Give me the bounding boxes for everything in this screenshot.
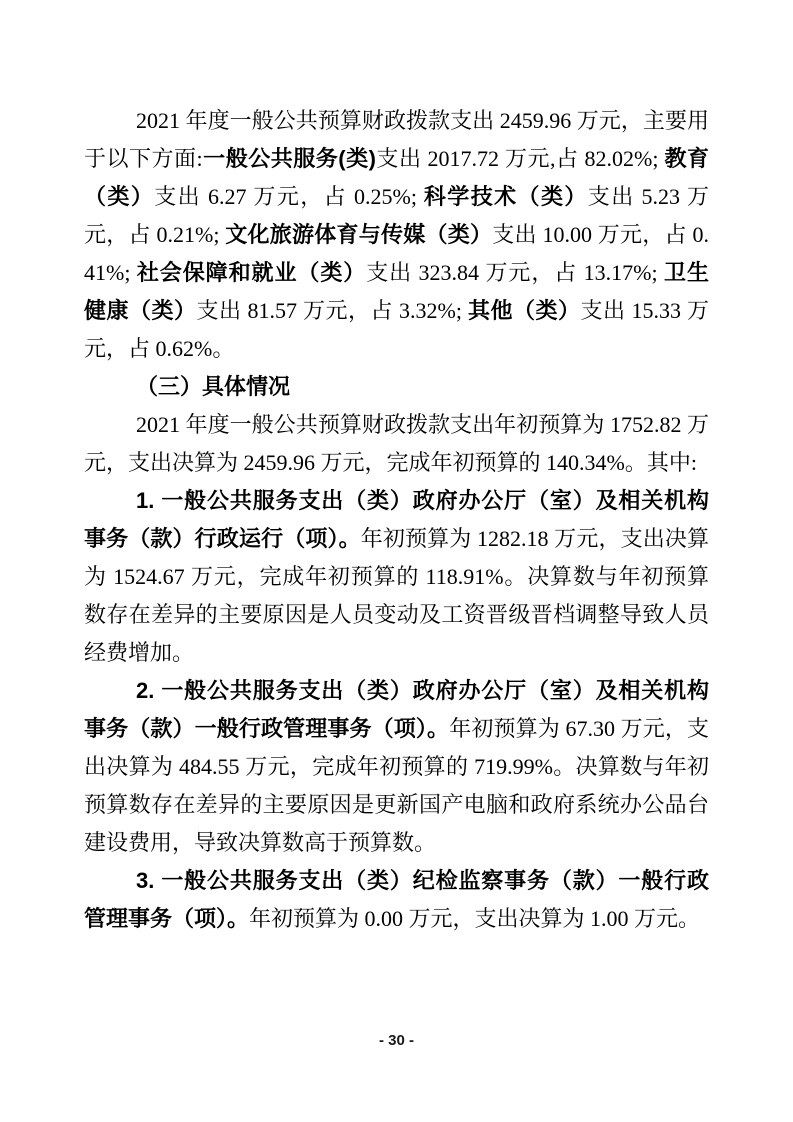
text-run: 支出 6.27 万元，占 0.25%;: [154, 184, 424, 209]
document-page: 2021 年度一般公共预算财政拨款支出 2459.96 万元，主要用于以下方面:…: [0, 0, 793, 1122]
budget-item-3: 3. 一般公共服务支出（类）纪检监察事务（款）一般行政管理事务（项）。年初预算为…: [84, 862, 709, 938]
intro-paragraph: 2021 年度一般公共预算财政拨款支出 2459.96 万元，主要用于以下方面:…: [84, 102, 709, 368]
overview-paragraph: 2021 年度一般公共预算财政拨款支出年初预算为 1752.82 万元，支出决算…: [84, 406, 709, 482]
page-number: - 30 -: [0, 1030, 793, 1052]
category-label-science-technology: 科学技术（类）: [424, 184, 588, 209]
category-label-general-public-services: 一般公共服务(类): [203, 146, 376, 171]
text-run: 支出 2017.72 万元,占 82.02%;: [376, 146, 665, 171]
budget-item-1: 1. 一般公共服务支出（类）政府办公厅（室）及相关机构事务（款）行政运行（项）。…: [84, 482, 709, 672]
section-heading: （三）具体情况: [84, 368, 709, 406]
category-label-culture-tourism-sports-media: 文化旅游体育与传媒（类）: [225, 222, 492, 247]
category-label-other: 其他（类）: [468, 298, 581, 323]
item-body: 年初预算为 0.00 万元，支出决算为 1.00 万元。: [249, 906, 700, 931]
text-run: 支出 323.84 万元，占 13.17%;: [366, 260, 664, 285]
budget-item-2: 2. 一般公共服务支出（类）政府办公厅（室）及相关机构事务（款）一般行政管理事务…: [84, 672, 709, 862]
text-run: 支出 81.57 万元，占 3.32%;: [197, 298, 468, 323]
category-label-social-security-employment: 社会保障和就业（类）: [137, 260, 366, 285]
